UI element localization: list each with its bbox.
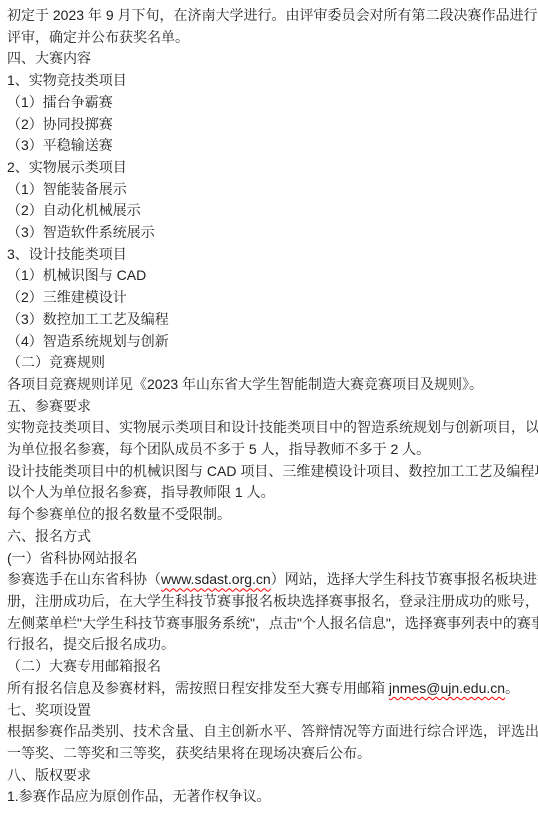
text-run: 评审，确定并公布获奖名单。: [7, 29, 189, 45]
text-line: 八、版权要求: [7, 765, 530, 787]
text-line: 一等奖、二等奖和三等奖，获奖结果将在现场决赛后公布。: [7, 743, 530, 765]
text-line: （1）智能装备展示: [7, 179, 530, 201]
text-line: 四、大赛内容: [7, 48, 530, 70]
text-run: （1）机械识图与 CAD: [7, 267, 146, 283]
text-line: (一）省科协网站报名: [7, 548, 530, 570]
text-run: 为单位报名参赛，每个团队成员不多于 5 人，指导教师不多于 2 人。: [7, 441, 430, 457]
text-run: 实物竞技类项目、实物展示类项目和设计技能类项目中的智造系统规划与创新项目，以团队: [7, 419, 538, 435]
text-run: 所有报名信息及参赛材料，需按照日程安排发至大赛专用邮箱: [7, 680, 389, 696]
text-run: （3）数控加工工艺及编程: [7, 311, 169, 327]
text-line: 每个参赛单位的报名数量不受限制。: [7, 504, 530, 526]
text-run: 3、设计技能类项目: [7, 246, 127, 262]
text-line: （二）竞赛规则: [7, 352, 530, 374]
text-run: 八、版权要求: [7, 767, 91, 783]
text-run: 四、大赛内容: [7, 50, 91, 66]
text-run: 设计技能类项目中的机械识图与 CAD 项目、三维建模设计项目、数控加工工艺及编程…: [7, 463, 538, 479]
contest-email: jnmes@ujn.edu.cn: [389, 680, 505, 696]
text-line: 实物竞技类项目、实物展示类项目和设计技能类项目中的智造系统规划与创新项目，以团队: [7, 417, 530, 439]
text-line: （二）大赛专用邮箱报名: [7, 656, 530, 678]
text-run: 。: [505, 680, 519, 696]
text-run: （二）大赛专用邮箱报名: [7, 658, 161, 674]
text-line: 五、参赛要求: [7, 396, 530, 418]
text-line: （2）三维建模设计: [7, 287, 530, 309]
text-line: 2、实物展示类项目: [7, 157, 530, 179]
text-run: 2、实物展示类项目: [7, 159, 127, 175]
text-run: 1、实物竞技类项目: [7, 72, 127, 88]
website-url: www.sdast.org.cn: [161, 571, 271, 587]
text-run: 册，注册成功后，在大学生科技节赛事报名板块选择赛事报名，登录注册成功的账号，点击: [7, 593, 538, 609]
text-run: 各项目竞赛规则详见《2023 年山东省大学生智能制造大赛竞赛项目及规则》。: [7, 376, 483, 392]
text-run: 初定于 2023 年 9 月下旬，在济南大学进行。由评审委员会对所有第二段决赛作…: [7, 7, 538, 23]
text-line: 初定于 2023 年 9 月下旬，在济南大学进行。由评审委员会对所有第二段决赛作…: [7, 5, 530, 27]
text-run: 五、参赛要求: [7, 398, 91, 414]
text-line: 根据参赛作品类别、技术含量、自主创新水平、答辩情况等方面进行综合评选，评选出作品: [7, 721, 530, 743]
text-run: （二）竞赛规则: [7, 354, 105, 370]
text-run: 参赛选手在山东省科协（: [7, 571, 161, 587]
text-run: 根据参赛作品类别、技术含量、自主创新水平、答辩情况等方面进行综合评选，评选出作品: [7, 723, 538, 739]
text-line: （3）智造软件系统展示: [7, 222, 530, 244]
text-run: （3）平稳输送赛: [7, 137, 113, 153]
text-line: （1）机械识图与 CAD: [7, 265, 530, 287]
text-run: 一等奖、二等奖和三等奖，获奖结果将在现场决赛后公布。: [7, 745, 371, 761]
text-line: （2）协同投掷赛: [7, 114, 530, 136]
text-run: 七、奖项设置: [7, 702, 91, 718]
text-run: 1.参赛作品应为原创作品，无著作权争议。: [7, 788, 271, 804]
text-line: 1.参赛作品应为原创作品，无著作权争议。: [7, 786, 530, 808]
text-run: （1）擂台争霸赛: [7, 94, 113, 110]
text-run: （3）智造软件系统展示: [7, 224, 155, 240]
text-line: （4）智造系统规划与创新: [7, 331, 530, 353]
text-run: 以个人为单位报名参赛，指导教师限 1 人。: [7, 484, 275, 500]
text-run: 左侧菜单栏"大学生科技节赛事服务系统"，点击"个人报名信息"，选择赛事列表中的赛…: [7, 615, 538, 631]
text-run: （1）智能装备展示: [7, 181, 127, 197]
text-line: 六、报名方式: [7, 526, 530, 548]
text-run: (一）省科协网站报名: [7, 550, 138, 566]
text-run: （4）智造系统规划与创新: [7, 333, 169, 349]
text-line: 左侧菜单栏"大学生科技节赛事服务系统"，点击"个人报名信息"，选择赛事列表中的赛…: [7, 613, 530, 635]
text-line: （3）平稳输送赛: [7, 135, 530, 157]
text-run: 六、报名方式: [7, 528, 91, 544]
text-run: 每个参赛单位的报名数量不受限制。: [7, 506, 231, 522]
text-line: 评审，确定并公布获奖名单。: [7, 27, 530, 49]
text-line: 七、奖项设置: [7, 700, 530, 722]
text-line: 册，注册成功后，在大学生科技节赛事报名板块选择赛事报名，登录注册成功的账号，点击: [7, 591, 530, 613]
text-run: （2）自动化机械展示: [7, 202, 141, 218]
text-line: 参赛选手在山东省科协（www.sdast.org.cn）网站，选择大学生科技节赛…: [7, 569, 530, 591]
document-body: 初定于 2023 年 9 月下旬，在济南大学进行。由评审委员会对所有第二段决赛作…: [7, 5, 530, 808]
text-run: （2）三维建模设计: [7, 289, 127, 305]
text-line: （2）自动化机械展示: [7, 200, 530, 222]
text-run: （2）协同投掷赛: [7, 116, 113, 132]
text-line: 3、设计技能类项目: [7, 244, 530, 266]
text-run: 行报名，提交后报名成功。: [7, 636, 175, 652]
text-line: （1）擂台争霸赛: [7, 92, 530, 114]
text-run: ）网站，选择大学生科技节赛事报名板块进行注: [271, 571, 538, 587]
document-page: 初定于 2023 年 9 月下旬，在济南大学进行。由评审委员会对所有第二段决赛作…: [0, 0, 538, 814]
text-line: 1、实物竞技类项目: [7, 70, 530, 92]
text-line: 以个人为单位报名参赛，指导教师限 1 人。: [7, 482, 530, 504]
text-line: 设计技能类项目中的机械识图与 CAD 项目、三维建模设计项目、数控加工工艺及编程…: [7, 461, 530, 483]
text-line: 行报名，提交后报名成功。: [7, 634, 530, 656]
text-line: （3）数控加工工艺及编程: [7, 309, 530, 331]
text-line: 所有报名信息及参赛材料，需按照日程安排发至大赛专用邮箱 jnmes@ujn.ed…: [7, 678, 530, 700]
text-line: 各项目竞赛规则详见《2023 年山东省大学生智能制造大赛竞赛项目及规则》。: [7, 374, 530, 396]
text-line: 为单位报名参赛，每个团队成员不多于 5 人，指导教师不多于 2 人。: [7, 439, 530, 461]
